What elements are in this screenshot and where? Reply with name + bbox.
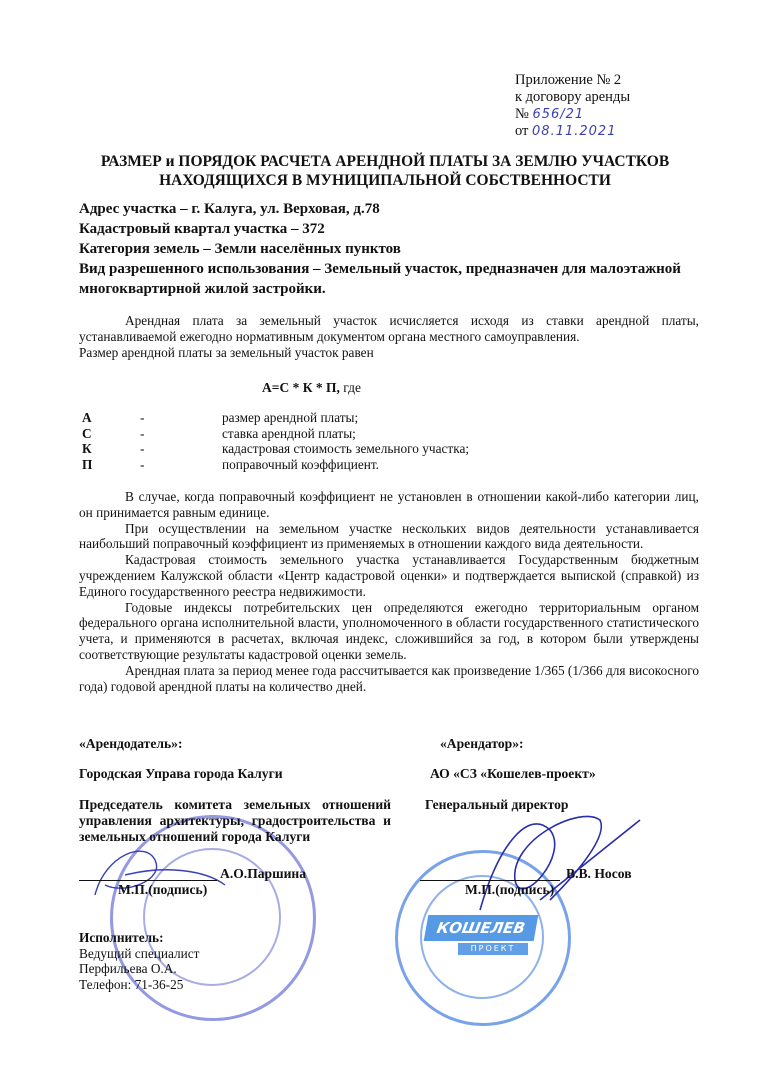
executor-position: Ведущий специалист [79,946,199,962]
lessor-position: Председатель комитета земельных отношени… [79,797,391,845]
executor-label: Исполнитель: [79,930,199,946]
contract-number-handwritten: 656/21 [532,107,584,122]
intro-paragraph: Арендная плата за земельный участок исчи… [79,313,699,345]
plot-address: Адрес участка – г. Калуга, ул. Верховая,… [79,199,709,219]
executor-phone: Телефон: 71-36-25 [79,977,199,993]
lessee-logo-sub: ПРОЕКТ [458,943,528,955]
contract-date: от 08.11.2021 [515,123,630,140]
lessor-seal-label: М.П.(подпись) [118,882,207,898]
title-line1: РАЗМЕР и ПОРЯДОК РАСЧЕТА АРЕНДНОЙ ПЛАТЫ … [70,152,700,171]
lessee-role: «Арендатор»: [440,736,524,752]
intro-section: Арендная плата за земельный участок исчи… [79,313,699,360]
cadastral-quarter: Кадастровый квартал участка – 372 [79,219,709,239]
lessee-seal-label: М.П.(подпись) [465,882,554,898]
permitted-use: Вид разрешенного использования – Земельн… [79,259,709,299]
body-paragraph: Арендная плата за период менее года расс… [79,663,699,695]
rent-formula: А=С * К * П, где [262,380,361,396]
lessee-signature-line [420,866,560,881]
lessee-signature [460,800,660,930]
land-category: Категория земель – Земли населённых пунк… [79,239,709,259]
appendix-header: Приложение № 2 к договору аренды № 656/2… [515,72,630,140]
body-paragraph: В случае, когда поправочный коэффициент … [79,489,699,521]
lessee-position: Генеральный директор [425,797,568,813]
legend-row: А-размер арендной платы; [82,410,469,426]
lessor-signature-line [79,866,217,881]
formula-legend: А-размер арендной платы; С-ставка арендн… [82,410,469,472]
rent-size-lead: Размер арендной платы за земельный участ… [79,345,699,361]
lessee-name: В.В. Носов [566,866,632,882]
lessor-role: «Арендодатель»: [79,736,183,752]
formula-suffix: где [340,380,361,395]
lessor-name: А.О.Паршина [220,866,306,882]
lessee-org: АО «СЗ «Кошелев-проект» [430,766,596,782]
body-paragraph: Кадастровая стоимость земельного участка… [79,552,699,599]
legend-row: П-поправочный коэффициент. [82,457,469,473]
title-line2: НАХОДЯЩИХСЯ В МУНИЦИПАЛЬНОЙ СОБСТВЕННОСТ… [70,171,700,190]
body-section: В случае, когда поправочный коэффициент … [79,489,699,694]
document-title: РАЗМЕР и ПОРЯДОК РАСЧЕТА АРЕНДНОЙ ПЛАТЫ … [70,152,700,190]
appendix-line2: к договору аренды [515,89,630,106]
lessor-org: Городская Управа города Калуги [79,766,283,782]
body-paragraph: Годовые индексы потребительских цен опре… [79,600,699,663]
executor-name: Перфильева О.А. [79,961,199,977]
executor-block: Исполнитель: Ведущий специалист Перфилье… [79,930,199,992]
legend-row: С-ставка арендной платы; [82,426,469,442]
formula-expression: А=С * К * П, [262,380,340,395]
body-paragraph: При осуществлении на земельном участке н… [79,521,699,553]
legend-row: К-кадастровая стоимость земельного участ… [82,441,469,457]
contract-number: № 656/21 [515,106,630,123]
contract-date-handwritten: 08.11.2021 [532,124,616,139]
appendix-line1: Приложение № 2 [515,72,630,89]
plot-metadata: Адрес участка – г. Калуга, ул. Верховая,… [79,199,709,299]
